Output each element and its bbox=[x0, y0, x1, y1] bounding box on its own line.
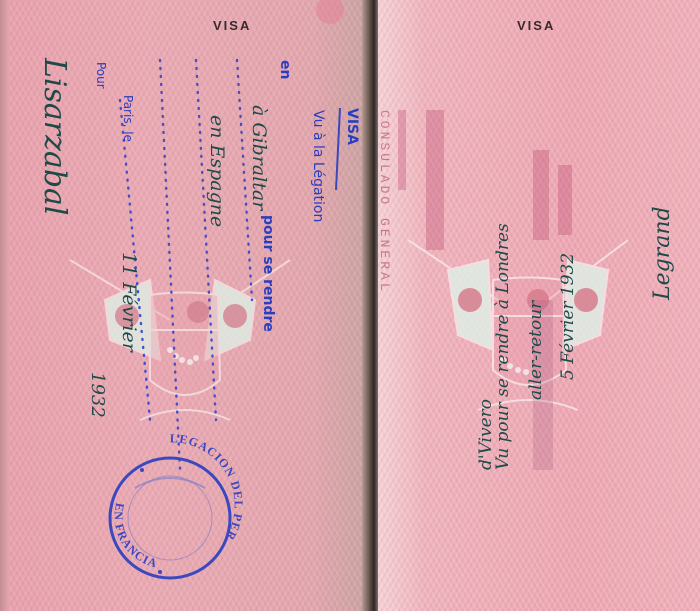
stamp-legation-line: Vu à la Légation bbox=[310, 110, 326, 222]
handwritten-line-2: d'Vivero bbox=[476, 399, 496, 470]
right-visa-page: VISA CONSULADO GENERAL Vu pour se rendre… bbox=[378, 0, 700, 611]
handwritten-destination: à Gibraltar bbox=[248, 105, 270, 210]
pink-consulate-stamp: CONSULADO GENERAL bbox=[378, 110, 392, 294]
handwritten-signature-right: Legrand bbox=[650, 206, 675, 300]
visa-heading-left: VISA bbox=[213, 18, 251, 33]
stamp-pour: Pour bbox=[94, 62, 108, 89]
stamp-en: en bbox=[277, 60, 293, 79]
visa-heading-right: VISA bbox=[517, 18, 555, 33]
handwritten-date: 11 Février bbox=[118, 252, 140, 352]
stamp-pour-se-rendre: pour se rendre bbox=[260, 215, 276, 332]
handwritten-line-3: aller-retour bbox=[526, 301, 546, 400]
handwritten-country: en Espagne bbox=[206, 115, 228, 227]
handwritten-year: 1932 bbox=[87, 372, 108, 418]
left-visa-page: LEGACION DEL PERU EN FRANCIA VISA VISA V… bbox=[0, 0, 366, 611]
stamp-paris-le: Paris, le bbox=[121, 95, 135, 142]
seal-text-bottom: EN FRANCIA bbox=[112, 502, 160, 571]
legation-seal bbox=[110, 458, 230, 578]
handwritten-line-1: Vu pour se rendre à Londres bbox=[493, 223, 513, 470]
handwritten-line-4: 5 Février 1932 bbox=[558, 253, 578, 380]
svg-text:EN FRANCIA: EN FRANCIA bbox=[112, 502, 160, 571]
stamp-visa-label: VISA bbox=[344, 108, 360, 145]
handwritten-signature: Lisarzabal bbox=[37, 58, 72, 216]
